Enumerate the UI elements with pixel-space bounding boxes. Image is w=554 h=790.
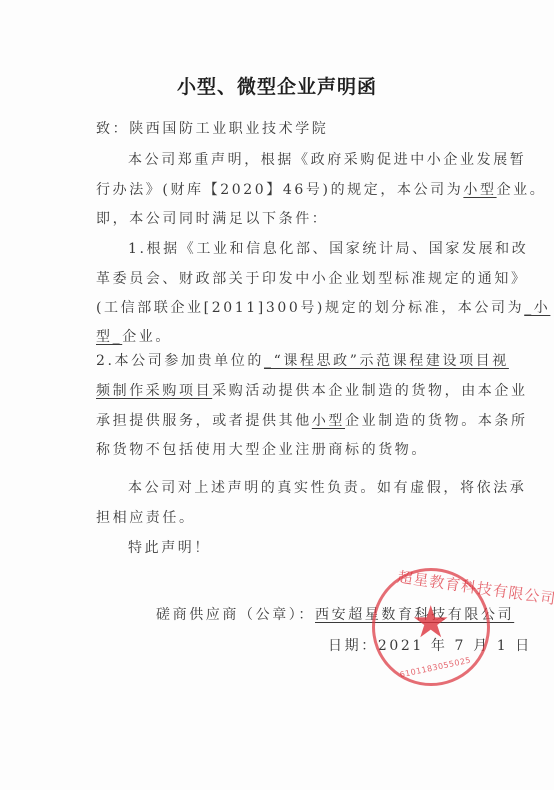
cond2-type-underlined: 小型 [312, 413, 345, 429]
cond1-line4: 型_企业。 [96, 329, 172, 345]
cond1-line3: (工信部联企业[2011]300号)规定的划分标准，本公司为_小 [96, 300, 550, 316]
company-seal: 超星教育科技有限公司 ★ 6101183055025 [372, 568, 490, 686]
recipient-prefix: 致： [96, 121, 129, 137]
supplier-line: 磋商供应商（公章）：西安超星数育科技有限公司 [156, 607, 514, 623]
cond1-line3-text: (工信部联企业[2011]300号)规定的划分标准，本公司为 [96, 300, 524, 316]
supplier-name: 西安超星数育科技有限公司 [315, 607, 514, 623]
cond2-line1: 2.本公司参加贵单位的_“课程思政”示范课程建设项目视 [96, 353, 509, 369]
para1-line3: 即，本公司同时满足以下条件： [96, 211, 328, 227]
cond1-line1: 1.根据《工业和信息化部、国家统计局、国家发展和改 [128, 241, 528, 257]
document-title: 小型、微型企业声明函 [0, 72, 554, 99]
cond2-line1-text: 2.本公司参加贵单位的 [96, 353, 264, 369]
date-value: 2021 年 7 月 1 日 [378, 638, 532, 654]
project-name-underlined-2: 频制作采购项目 [96, 383, 212, 399]
cond1-line4-end: 企业。 [122, 329, 172, 345]
cond1-type-underlined-2: 型_ [96, 329, 122, 345]
para1-line2-text: 行办法》(财库【2020】46号)的规定，本公司为 [96, 182, 463, 198]
cond2-line3-text: 承担提供服务，或者提供其他 [96, 413, 312, 429]
date-label: 日期： [328, 638, 378, 654]
project-name-underlined-1: _“课程思政”示范课程建设项目视 [264, 353, 509, 369]
seal-text: 超星教育科技有限公司 [396, 566, 554, 609]
document-page: 小型、微型企业声明函 致：陕西国防工业职业技术学院 本公司郑重声明，根据《政府采… [0, 0, 554, 790]
cond2-line4: 称货物不包括使用大型企业注册商标的货物。 [96, 442, 428, 458]
supplier-label: 磋商供应商（公章）： [156, 607, 315, 623]
cond2-line2: 频制作采购项目采购活动提供本企业制造的货物，由本企业 [96, 383, 528, 399]
enterprise-type-underlined: 小型 [463, 182, 496, 198]
cond2-line3: 承担提供服务，或者提供其他小型企业制造的货物。本条所 [96, 413, 528, 429]
date-line: 日期：2021 年 7 月 1 日 [328, 638, 532, 654]
cond2-line2-text: 采购活动提供本企业制造的货物，由本企业 [212, 383, 527, 399]
para1-line1: 本公司郑重声明，根据《政府采购促进中小企业发展暂 [128, 152, 526, 168]
cond1-type-underlined-1: _小 [524, 300, 550, 316]
para1-line2: 行办法》(财库【2020】46号)的规定，本公司为小型企业。 [96, 182, 546, 198]
cond2-line3-end: 企业制造的货物。本条所 [345, 413, 528, 429]
seal-number: 6101183055025 [399, 656, 472, 680]
para1-line2-end: 企业。 [497, 182, 547, 198]
liability-line2: 担相应责任。 [96, 510, 196, 526]
closing-statement: 特此声明！ [128, 540, 211, 556]
liability-line1: 本公司对上述声明的真实性负责。如有虚假，将依法承 [128, 480, 526, 496]
recipient-name: 陕西国防工业职业技术学院 [129, 121, 328, 137]
recipient-line: 致：陕西国防工业职业技术学院 [96, 121, 328, 137]
cond1-line2: 革委员会、财政部关于印发中小企业划型标准规定的通知》 [96, 271, 528, 287]
